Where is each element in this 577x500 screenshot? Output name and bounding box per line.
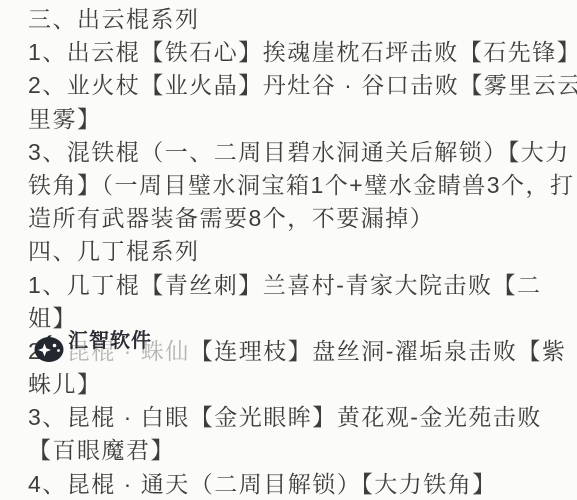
text-segment: 四、几丁棍系列 <box>28 238 200 264</box>
text-line: 4、昆棍 · 通天（二周目解锁）【大力铁角】 <box>28 468 577 500</box>
text-segment: 三、出云棍系列 <box>28 6 200 32</box>
text-line: 3、混铁棍（一、二周目碧水洞通关后解锁）【大力 <box>28 136 577 169</box>
text-segment: 造所有武器装备需要8个，不要漏掉） <box>28 205 434 231</box>
text-line: 【百眼魔君】 <box>28 434 577 467</box>
document-lines: 三、出云棍系列1、出云棍【铁石心】挨魂崖枕石坪击败【石先锋】2、业火杖【业火晶】… <box>28 3 577 500</box>
text-line: 1、几丁棍【青丝刺】兰喜村-青家大院击败【二 <box>28 269 577 302</box>
text-segment: 蛛儿】 <box>28 371 102 397</box>
text-line: 三、出云棍系列 <box>28 3 577 36</box>
text-line: 2、业火杖【业火晶】丹灶谷 · 谷口击败【雾里云云 <box>28 69 577 102</box>
text-segment: 3、昆棍 · 白眼【金光眼眸】黄花观-金光苑击败 <box>28 404 542 430</box>
text-segment: 里雾】 <box>28 106 102 132</box>
text-line: 姐】 <box>28 302 577 335</box>
text-line: 里雾】 <box>28 103 577 136</box>
page-root: 三、出云棍系列1、出云棍【铁石心】挨魂崖枕石坪击败【石先锋】2、业火杖【业火晶】… <box>0 0 577 500</box>
text-line: 四、几丁棍系列 <box>28 235 577 268</box>
text-segment: 2、 <box>28 338 67 364</box>
text-segment: 1、出云棍【铁石心】挨魂崖枕石坪击败【石先锋】 <box>28 39 577 65</box>
faded-text-segment: 昆棍 · 蛛仙 <box>67 338 190 364</box>
text-segment: 1、几丁棍【青丝刺】兰喜村-青家大院击败【二 <box>28 272 541 298</box>
text-line: 造所有武器装备需要8个，不要漏掉） <box>28 202 577 235</box>
text-line: 铁角】（一周目璧水洞宝箱1个+璧水金睛兽3个，打 <box>28 169 577 202</box>
text-line: 2、昆棍 · 蛛仙【连理枝】盘丝洞-濯垢泉击败【紫 <box>28 335 577 368</box>
text-line: 3、昆棍 · 白眼【金光眼眸】黄花观-金光苑击败 <box>28 401 577 434</box>
text-segment: 姐】 <box>28 305 77 331</box>
text-segment: 铁角】（一周目璧水洞宝箱1个+璧水金睛兽3个，打 <box>28 172 575 198</box>
text-segment: 2、业火杖【业火晶】丹灶谷 · 谷口击败【雾里云云 <box>28 72 577 98</box>
text-segment: 【百眼魔君】 <box>28 437 175 463</box>
text-line: 1、出云棍【铁石心】挨魂崖枕石坪击败【石先锋】 <box>28 36 577 69</box>
text-segment: 4、昆棍 · 通天（二周目解锁）【大力铁角】 <box>28 471 497 497</box>
text-segment: 【连理枝】盘丝洞-濯垢泉击败【紫 <box>190 338 567 364</box>
text-line: 蛛儿】 <box>28 368 577 401</box>
text-segment: 3、混铁棍（一、二周目碧水洞通关后解锁）【大力 <box>28 139 570 165</box>
